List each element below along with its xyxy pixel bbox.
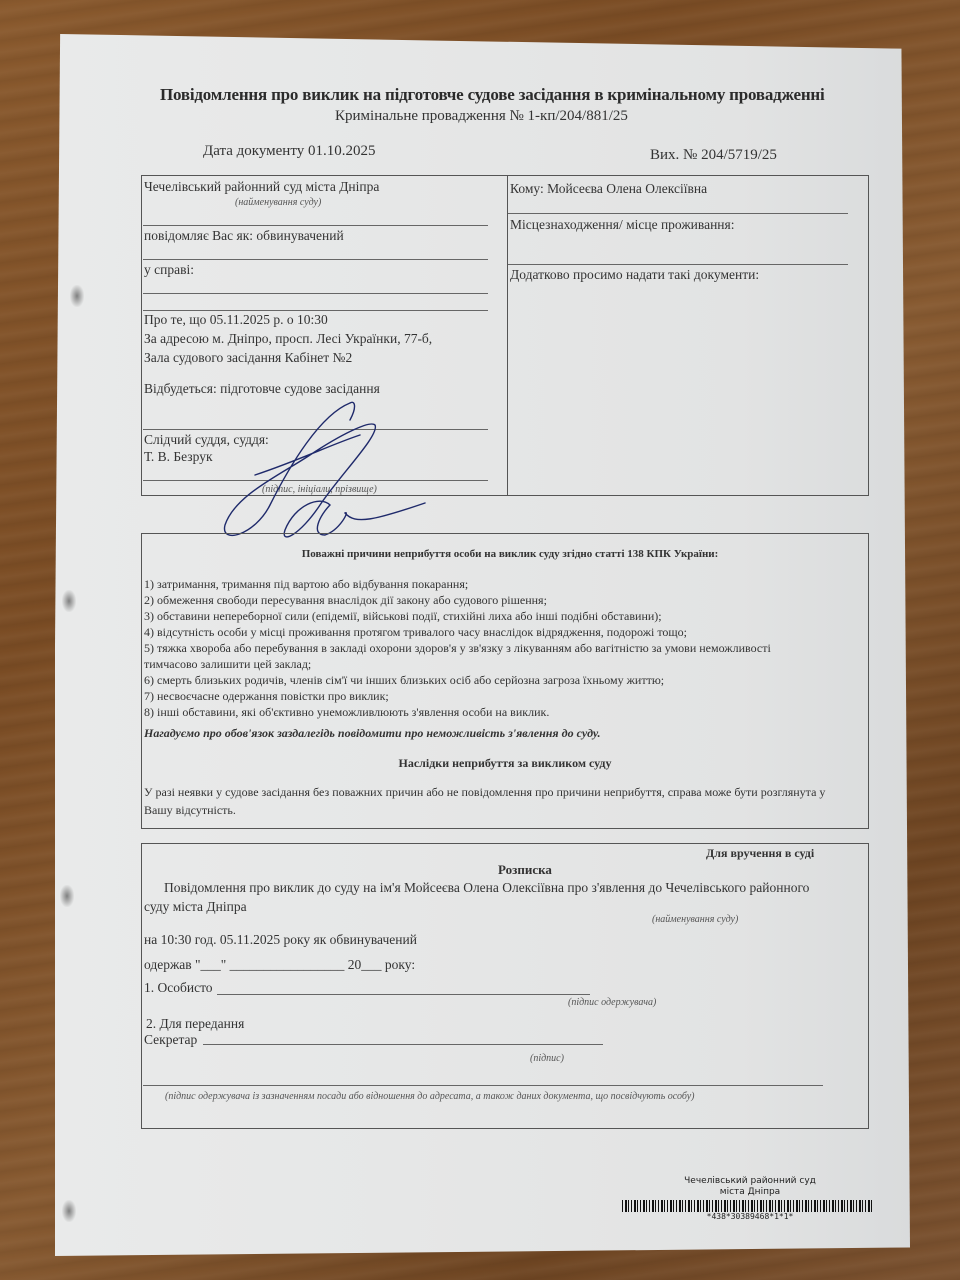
document-title: Повідомлення про виклик на підготовче су…: [160, 85, 825, 105]
stamp-court-line2: міста Дніпра: [620, 1187, 880, 1198]
for-transfer-label: 2. Для передання: [146, 1016, 244, 1032]
field-line: [508, 264, 848, 265]
reason-item: 5) тяжка хвороба або перебування в закла…: [144, 641, 771, 656]
field-line: [143, 259, 488, 260]
reasons-title: Поважні причини неприбуття особи на викл…: [150, 548, 870, 560]
consequences-title: Наслідки неприбуття за викликом суду: [141, 756, 869, 771]
personally-label: 1. Особисто: [144, 980, 213, 996]
case-number: Кримінальне провадження № 1-кп/204/881/2…: [335, 108, 628, 125]
secretary-label: Секретар: [144, 1032, 197, 1048]
receipt-title: Розписка: [141, 862, 869, 878]
court-stamp: Чечелівський районний суд міста Дніпра: [620, 1176, 880, 1198]
reason-item: 7) несвоєчасне одержання повістки про ви…: [144, 689, 389, 704]
field-line: [143, 225, 488, 226]
consequences-text: У разі неявки у судове засідання без пов…: [144, 783, 844, 819]
notified-as: повідомляє Вас як: обвинувачений: [144, 228, 344, 244]
requested-documents: Додатково просимо надати такі документи:: [510, 267, 759, 283]
receipt-time-line: на 10:30 год. 05.11.2025 року як обвинув…: [144, 932, 417, 948]
document-date: Дата документу 01.10.2025: [203, 143, 375, 160]
footer-hint: (підпис одержувача із зазначенням посади…: [165, 1091, 695, 1102]
judge-name: Т. В. Безрук: [144, 449, 213, 465]
stamp-court-line1: Чечелівський районний суд: [620, 1176, 880, 1187]
reason-item: 8) інші обставини, які об'єктивно унемож…: [144, 705, 549, 720]
signature-line: [203, 1044, 603, 1045]
reason-item: тимчасово залишити цей заклад;: [144, 657, 311, 672]
hearing-address: За адресою м. Дніпро, просп. Лесі Україн…: [144, 331, 432, 347]
hearing-room: Зала судового засідання Кабінет №2: [144, 350, 352, 366]
hole-punch-mark: [70, 285, 84, 307]
reason-item: 1) затримання, тримання під вартою або в…: [144, 577, 468, 592]
recipient: Кому: Мойсеєва Олена Олексіївна: [510, 181, 707, 197]
recipient-location: Місцезнаходження/ місце проживання:: [510, 217, 734, 233]
reason-item: 2) обмеження свободи пересування внаслід…: [144, 593, 547, 608]
reminder-note: Нагадуємо про обов'язок заздалегідь пові…: [144, 726, 600, 741]
outgoing-number: Вих. № 204/5719/25: [650, 147, 777, 164]
hole-punch-mark: [62, 1200, 76, 1222]
court-name-hint: (найменування суду): [652, 914, 738, 925]
hole-punch-mark: [62, 590, 76, 612]
hearing-datetime: Про те, що 05.11.2025 р. о 10:30: [144, 312, 328, 328]
received-date-line: одержав "___" _________________ 20___ ро…: [144, 957, 415, 973]
barcode-number: *438*30389468*1*1*: [620, 1212, 880, 1221]
reason-item: 3) обставини непереборної сили (епідемії…: [144, 609, 662, 624]
field-line: [143, 310, 488, 311]
secretary-signature-hint: (підпис): [530, 1053, 564, 1064]
reason-item: 4) відсутність особи у місці проживання …: [144, 625, 687, 640]
judge-signature: [210, 395, 440, 555]
in-case-label: у справі:: [144, 262, 194, 278]
hole-punch-mark: [60, 885, 74, 907]
field-line: [508, 213, 848, 214]
signature-line: [143, 1085, 823, 1086]
barcode: [622, 1200, 872, 1212]
reason-item: 6) смерть близьких родичів, членів сім'ї…: [144, 673, 664, 688]
recipient-signature-hint: (підпис одержувача): [568, 997, 656, 1008]
receipt-text: Повідомлення про виклик до суду на ім'я …: [144, 878, 824, 916]
field-line: [143, 293, 488, 294]
for-court-label: Для вручення в суді: [706, 846, 814, 861]
signature-line: [217, 994, 590, 995]
court-name-hint: (найменування суду): [235, 197, 321, 208]
court-name: Чечелівський районний суд міста Дніпра: [144, 179, 379, 195]
